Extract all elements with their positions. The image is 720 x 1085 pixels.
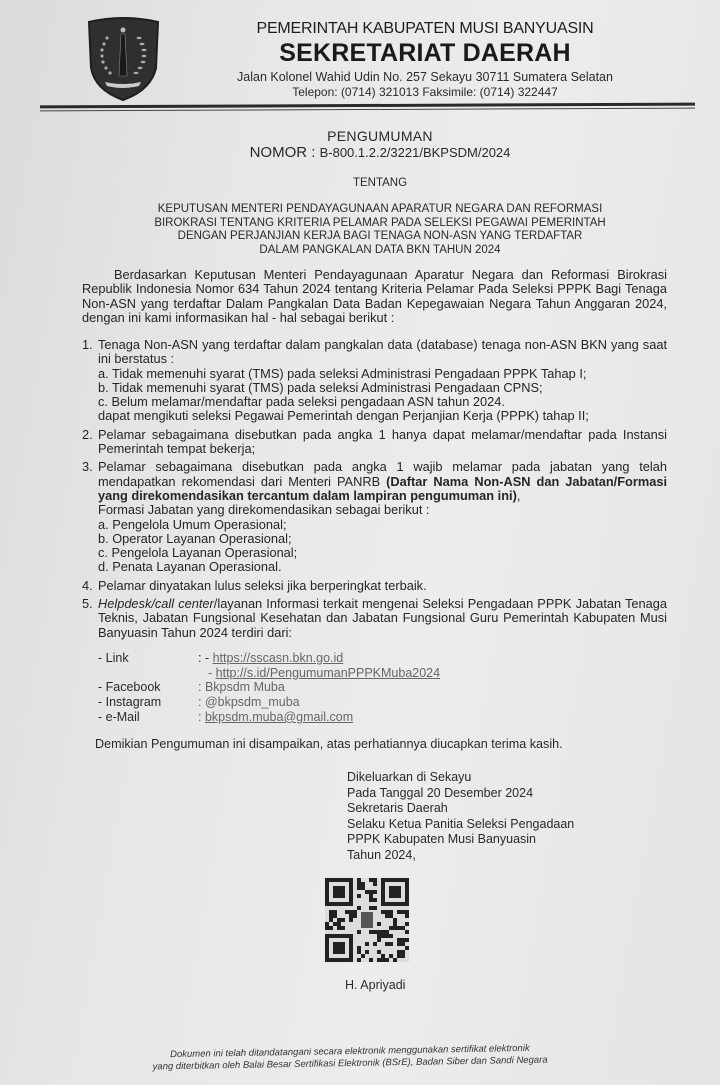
government-name: PEMERINTAH KABUPATEN MUSI BANYUASIN: [180, 20, 670, 38]
item-text-end: ,: [517, 488, 521, 503]
contact-list: - Link : - https://sscasn.bkn.go.id - ht…: [98, 651, 440, 725]
nomor-value: B-800.1.2.2/3221/BKPSDM/2024: [320, 145, 511, 160]
item-number: 5.: [82, 597, 98, 640]
separator: : -: [198, 651, 213, 665]
document-title: PENGUMUMAN: [100, 128, 660, 144]
sub-item: b. Operator Layanan Operasional;: [98, 532, 667, 546]
item-number: 1.: [82, 338, 98, 424]
e-signature-note: Dokumen ini telah ditandatangani secara …: [110, 1042, 590, 1074]
formasi-label: Formasi Jabatan yang direkomendasikan se…: [98, 503, 667, 517]
announcement-list: 1. Tenaga Non-ASN yang terdaftar dalam p…: [82, 338, 667, 640]
list-item-3: 3. Pelamar sebagaimana disebutkan pada a…: [82, 460, 667, 574]
item-text: Pelamar sebagaimana disebutkan pada angk…: [98, 428, 667, 457]
list-item-4: 4. Pelamar dinyatakan lulus seleksi jika…: [82, 579, 667, 593]
link-pengumuman[interactable]: http://s.id/PengumumanPPPKMuba2024: [216, 666, 440, 680]
sub-item: d. Penata Layanan Operasional.: [98, 560, 667, 574]
issued-date: Pada Tanggal 20 Desember 2024: [347, 786, 574, 802]
separator: :: [198, 710, 205, 724]
contact-link: - Link : - https://sscasn.bkn.go.id: [98, 651, 440, 666]
subject-line: BIROKRASI TENTANG KRITERIA PELAMAR PADA …: [100, 217, 660, 231]
signer-title: Tahun 2024,: [347, 848, 574, 864]
subject-line: KEPUTUSAN MENTERI PENDAYAGUNAAN APARATUR…: [100, 203, 660, 217]
sub-item: a. Pengelola Umum Operasional;: [98, 518, 667, 532]
announcement-document: PEMERINTAH KABUPATEN MUSI BANYUASIN SEKR…: [0, 0, 720, 1085]
list-item-5: 5. Helpdesk/call center/layanan Informas…: [82, 597, 667, 640]
item-text: Tenaga Non-ASN yang terdaftar dalam pang…: [98, 338, 667, 367]
contact-email: - e-Mail : bkpsdm.muba@gmail.com: [98, 710, 440, 725]
contact-instagram: - Instagram : @bkpsdm_muba: [98, 695, 440, 710]
list-item-1: 1. Tenaga Non-ASN yang terdaftar dalam p…: [82, 338, 667, 424]
item-text: Pelamar sebagaimana disebutkan pada angk…: [98, 460, 667, 503]
letterhead-divider-thin: [40, 108, 695, 112]
issued-place: Dikeluarkan di Sekayu: [347, 770, 574, 786]
sub-item: c. Belum melamar/mendaftar pada seleksi …: [98, 395, 667, 409]
contact-facebook: - Facebook : Bkpsdm Muba: [98, 680, 440, 695]
document-subject: KEPUTUSAN MENTERI PENDAYAGUNAAN APARATUR…: [100, 203, 660, 257]
nomor-label: NOMOR :: [250, 144, 320, 161]
contact-label: - Facebook: [98, 680, 198, 695]
letterhead: PEMERINTAH KABUPATEN MUSI BANYUASIN SEKR…: [180, 20, 670, 99]
intro-paragraph: Berdasarkan Keputusan Menteri Pendayagun…: [82, 268, 667, 325]
item-number: 2.: [82, 428, 98, 457]
contact-label: - e-Mail: [98, 710, 198, 725]
item-text: Pelamar dinyatakan lulus seleksi jika be…: [98, 579, 667, 593]
regency-coat-of-arms-icon: [85, 16, 162, 102]
item-number: 3.: [82, 460, 98, 574]
office-name: SEKRETARIAT DAERAH: [180, 39, 670, 68]
contact-link-2: - http://s.id/PengumumanPPPKMuba2024: [98, 666, 440, 681]
signer-title: PPPK Kabupaten Musi Banyuasin: [347, 832, 574, 848]
helpdesk-italic: Helpdesk/call center: [98, 596, 214, 611]
office-address: Jalan Kolonel Wahid Udin No. 257 Sekayu …: [180, 70, 670, 84]
closing-statement: Demikian Pengumuman ini disampaikan, ata…: [95, 737, 563, 751]
list-item-2: 2. Pelamar sebagaimana disebutkan pada a…: [82, 428, 667, 457]
contact-label: - Instagram: [98, 695, 198, 710]
tentang-label: TENTANG: [100, 177, 660, 189]
contact-value: : Bkpsdm Muba: [198, 680, 285, 695]
sub-item: c. Pengelola Layanan Operasional;: [98, 546, 667, 560]
subject-line: DENGAN PERJANJIAN KERJA BAGI TENAGA NON-…: [100, 230, 660, 244]
signature-block: Dikeluarkan di Sekayu Pada Tanggal 20 De…: [347, 770, 574, 863]
signer-name: H. Apriyadi: [345, 978, 405, 992]
item-text: Helpdesk/call center/layanan Informasi t…: [98, 597, 667, 640]
document-number: NOMOR : B-800.1.2.2/3221/BKPSDM/2024: [100, 144, 660, 161]
email-link[interactable]: bkpsdm.muba@gmail.com: [205, 710, 353, 724]
item-tail: dapat mengikuti seleksi Pegawai Pemerint…: [98, 409, 667, 423]
signer-title: Sekretaris Daerah: [347, 801, 574, 817]
office-phone: Telepon: (0714) 321013 Faksimile: (0714)…: [180, 85, 670, 99]
link-sscasn[interactable]: https://sscasn.bkn.go.id: [213, 651, 344, 665]
sub-item: a. Tidak memenuhi syarat (TMS) pada sele…: [98, 367, 667, 381]
contact-value: : @bkpsdm_muba: [198, 695, 300, 710]
subject-line: DALAM PANGKALAN DATA BKN TAHUN 2024: [100, 244, 660, 258]
item-number: 4.: [82, 579, 98, 593]
signer-title: Selaku Ketua Panitia Seleksi Pengadaan: [347, 817, 574, 833]
separator: -: [208, 666, 216, 680]
contact-label: - Link: [98, 651, 198, 666]
qr-code-signature-icon: [325, 878, 409, 962]
sub-item: b. Tidak memenuhi syarat (TMS) pada sele…: [98, 381, 667, 395]
